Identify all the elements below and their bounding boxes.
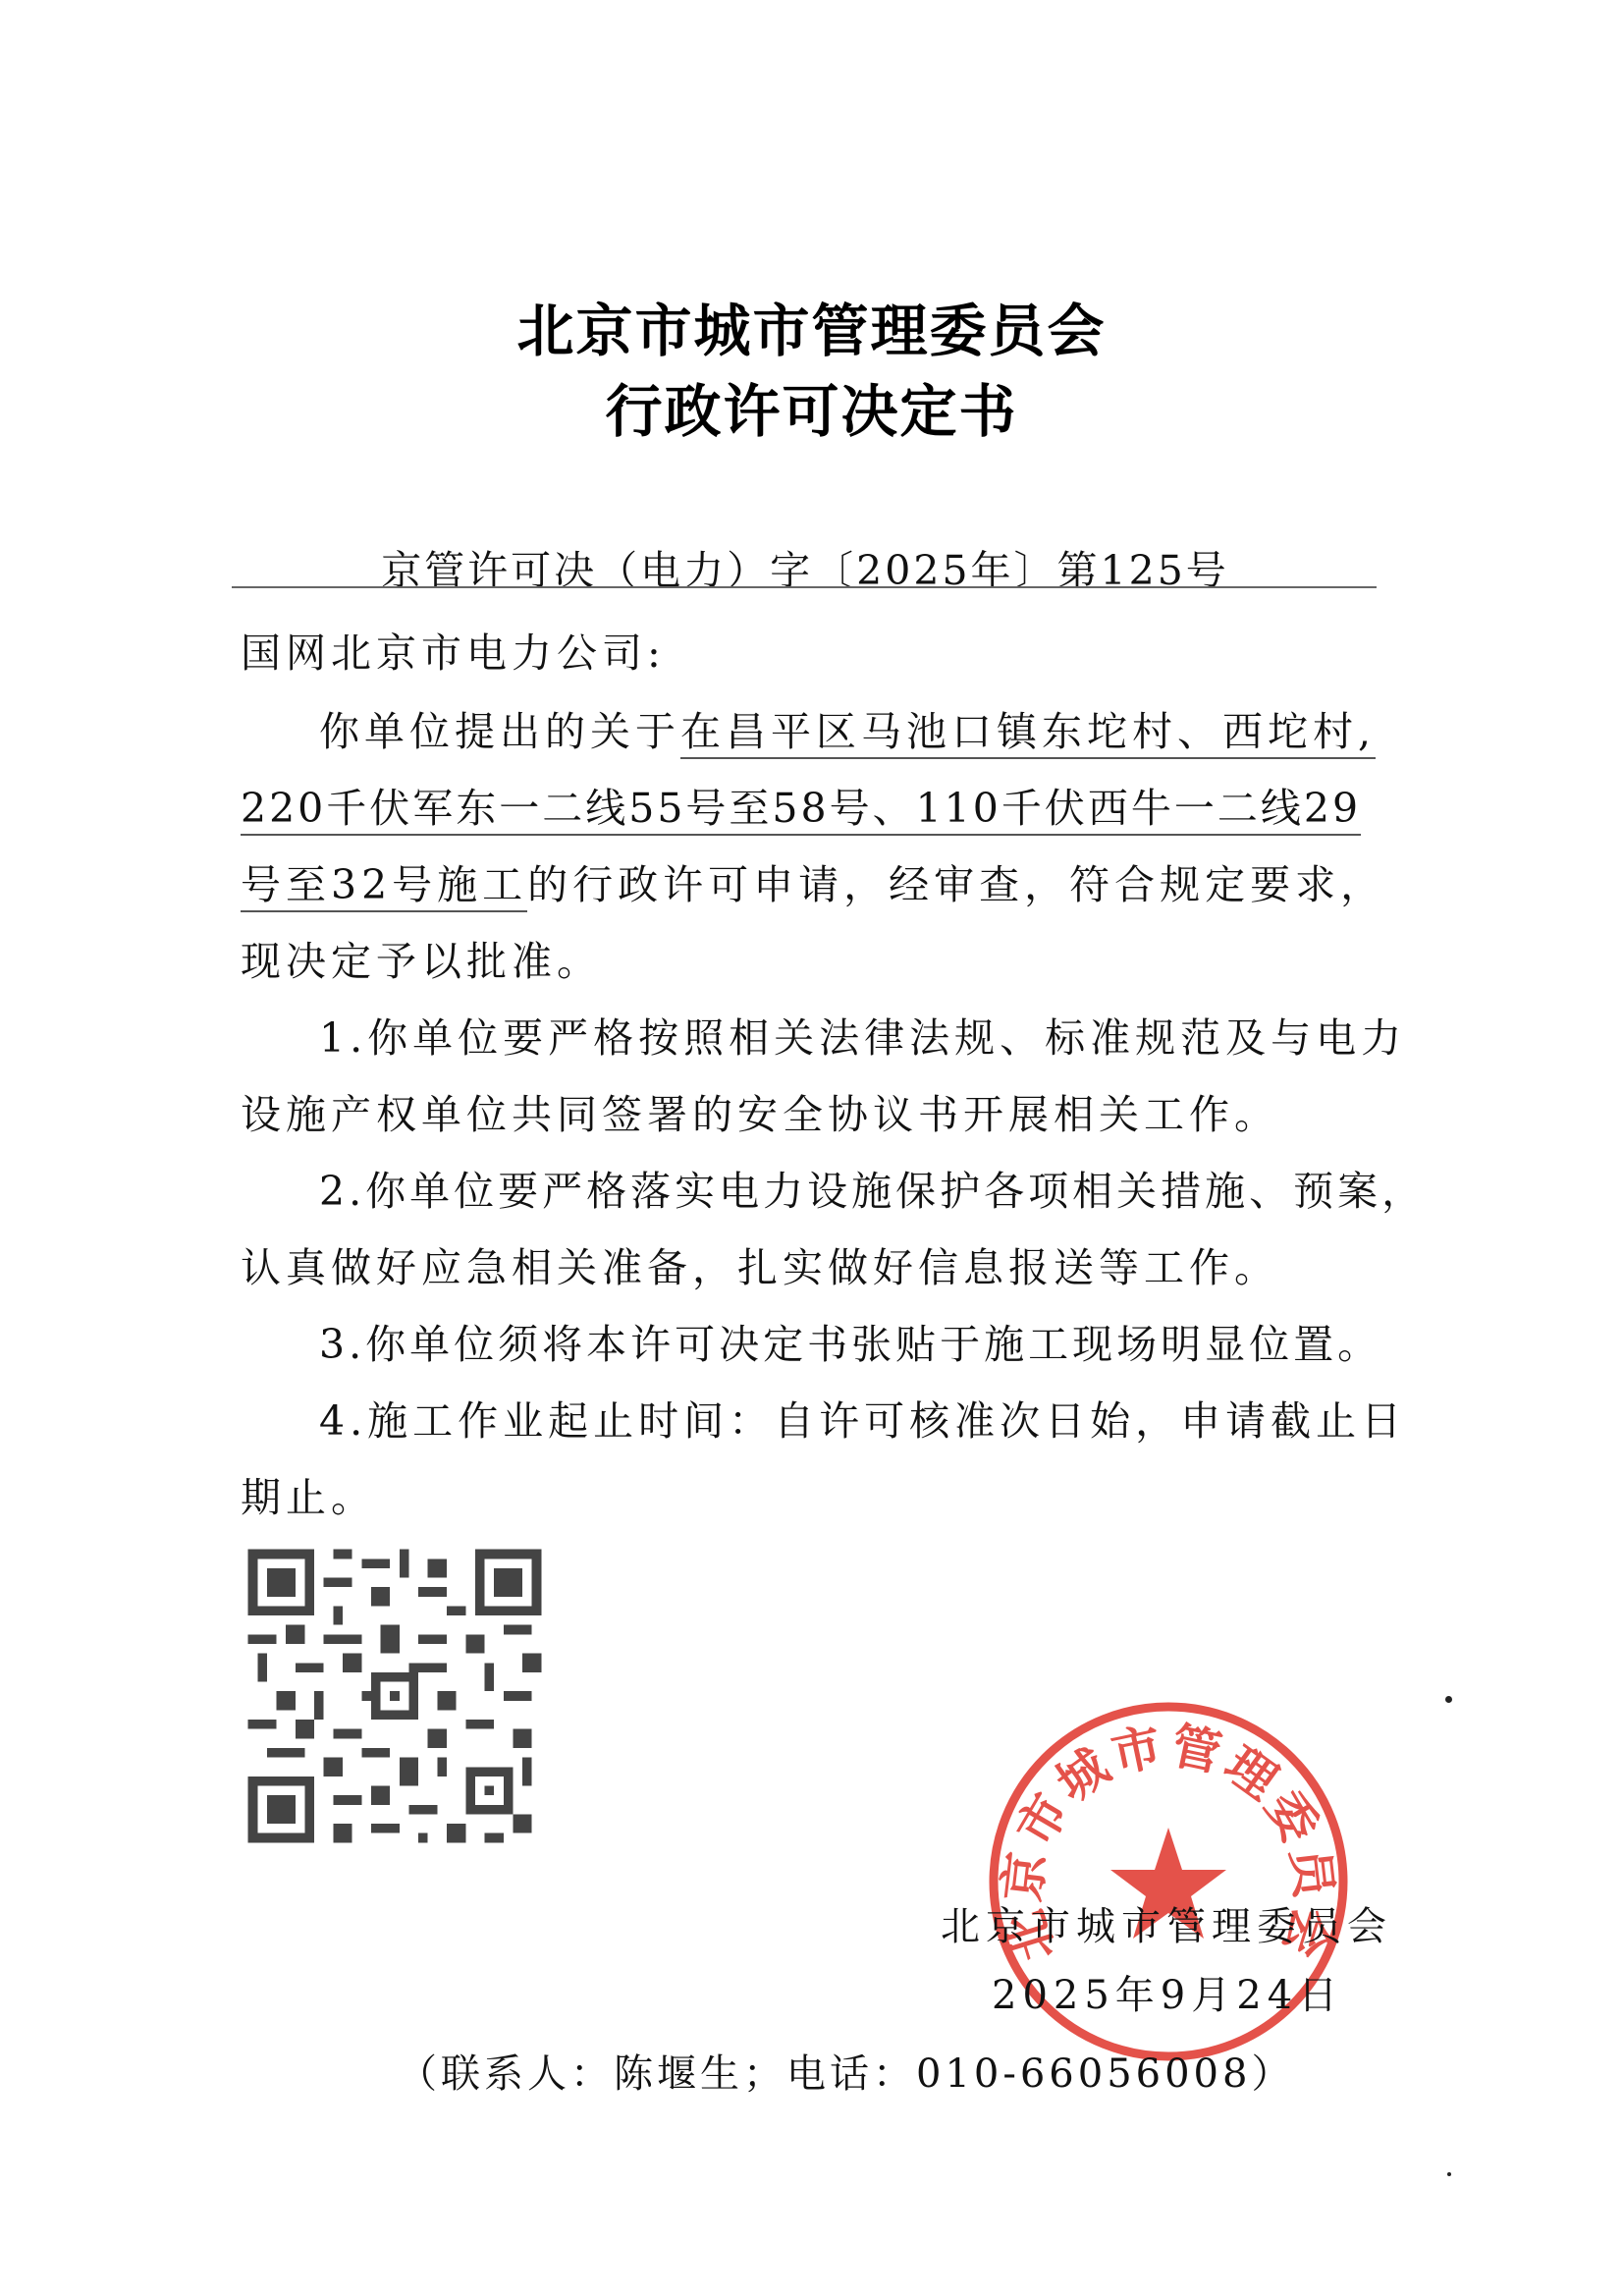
para1-line1-underlined: 在昌平区马池口镇东坨村、西坨村, [680, 708, 1376, 759]
para1-line2: 220千伏军东一二线55号至58号、110千伏西牛一二线29 [241, 776, 1361, 834]
item-3-line1: 3.你单位须将本许可决定书张贴于施工现场明显位置。 [319, 1312, 1381, 1370]
para1-line3-underlined: 号至32号施工 [241, 861, 527, 912]
scan-speck [1445, 1696, 1452, 1703]
para1-line3-suffix: 的行政许可申请，经审查，符合规定要求， [527, 861, 1385, 908]
item-2-line2: 认真做好应急相关准备，扎实做好信息报送等工作。 [241, 1235, 1279, 1293]
document-title-line2: 行政许可决定书 [0, 365, 1623, 448]
item-4-line1: 4.施工作业起止时间：自许可核准次日始，申请截止日 [319, 1389, 1406, 1447]
para1-line3: 号至32号施工的行政许可申请，经审查，符合规定要求， [241, 852, 1385, 910]
para1-line4: 现决定予以批准。 [241, 929, 602, 987]
item-4-line2: 期止。 [241, 1465, 376, 1523]
signature-date: 2025年9月24日 [992, 1964, 1343, 2020]
para1-line1: 你单位提出的关于在昌平区马池口镇东坨村、西坨村, [319, 699, 1376, 757]
item-2-line1: 2.你单位要严格落实电力设施保护各项相关措施、预案， [319, 1159, 1426, 1217]
scan-speck [1447, 2172, 1451, 2176]
para1-line2-underlined: 220千伏军东一二线55号至58号、110千伏西牛一二线29 [241, 785, 1361, 836]
contact-info: （联系人：陈堰生；电话：010-66056008） [398, 2043, 1294, 2099]
item-1-line2: 设施产权单位共同签署的安全协议书开展相关工作。 [241, 1082, 1279, 1140]
signature-organization: 北京市城市管理委员会 [941, 1895, 1392, 1951]
document-title-line1: 北京市城市管理委员会 [0, 285, 1623, 367]
document-number-divider [232, 586, 1377, 588]
para1-line1-prefix: 你单位提出的关于 [319, 708, 680, 755]
recipient: 国网北京市电力公司: [241, 621, 666, 679]
qr-code-icon[interactable] [239, 1540, 551, 1852]
item-1-line1: 1.你单位要严格按照相关法律法规、标准规范及与电力 [319, 1006, 1406, 1064]
